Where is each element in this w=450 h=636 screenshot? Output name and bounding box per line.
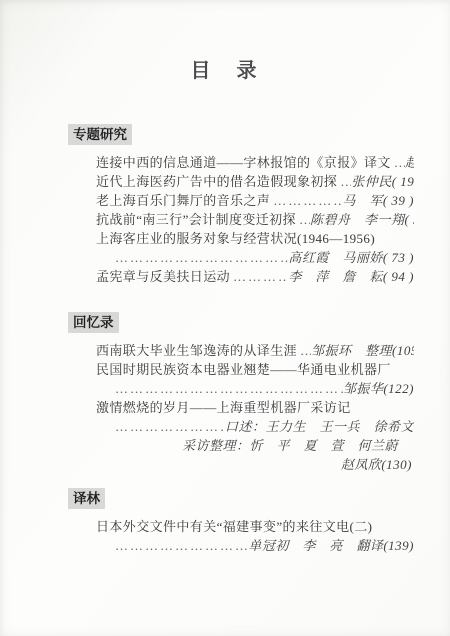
page-title: 目 录 [0,0,450,84]
entry-authors-page: 邹振环 整理(105) [311,341,414,360]
entry-authors-page: 张仲民( 19 ) [351,172,414,191]
dot-leader: …………………………………………………………………………………………………………… [230,267,288,286]
toc-entry-line: 老上海百乐门舞厅的音乐之声 ……………………………………………………………………… [96,191,414,210]
toc-entry-line: 西南联大毕业生邹逸涛的从译生涯 ………………………………………………………………… [96,341,414,360]
entry-authors-page: 马 军( 39 ) [342,191,414,210]
scanned-toc-page: 目 录 专题研究 连接中西的信息通道——字林报馆的《京报》译文 ……………………… [0,0,450,636]
entry-authors-page: 高红霞 马丽娇( 73 ) [288,248,414,267]
toc-entry-continuation: 采访整理：忻 平 夏 萱 何兰蔚 [96,436,414,455]
toc-entry-line: 连接中西的信息通道——字林报馆的《京报》译文 ……………………………………………… [96,153,414,172]
dot-leader: …………………………………………………………………………………………………………… [297,341,311,360]
entry-authors-page: 邹振华(122) [343,379,414,398]
toc-entries: 日本外交文件中有关“福建事变”的来往文电(二) …………………………………………… [96,517,414,555]
entry-authors-page: 赵 莹( 3 ) [405,153,414,172]
dot-leader: …………………………………………………………………………………………………………… [337,172,351,191]
entry-title: 西南联大毕业生邹逸涛的从译生涯 [96,341,297,360]
dot-leader: …………………………………………………………………………………………………………… [112,248,288,267]
toc-entry-continuation: …………………………………………………………………………………………………………… [96,536,414,555]
entry-title: 近代上海医药广告中的借名造假现象初探 [96,172,337,191]
entry-authors-page: 李 萍 詹 耘( 94 ) [288,267,414,286]
section-label: 回忆录 [68,312,119,333]
entry-title: 日本外交文件中有关“福建事变”的来往文电(二) [96,517,372,536]
entry-title: 老上海百乐门舞厅的音乐之声 [96,191,270,210]
entry-authors-page: 单冠初 李 亮 翻译(139) [248,536,414,555]
dot-leader: …………………………………………………………………………………………………………… [296,210,310,229]
dot-leader: …………………………………………………………………………………………………………… [112,379,343,398]
entry-title: 民国时期民族资本电器业翘楚——华通电业机器厂 [96,360,391,379]
dot-leader: …………………………………………………………………………………………………………… [270,191,342,210]
section-memoirs: 回忆录 西南联大毕业生邹逸涛的从译生涯 ……………………………………………………… [0,312,450,474]
toc-entries: 西南联大毕业生邹逸涛的从译生涯 ………………………………………………………………… [96,341,414,474]
toc-entry-line: 孟宪章与反美扶日运动 ……………………………………………………………………………… [96,267,414,286]
entry-authors-page: 陈碧舟 李一翔( 52 ) [310,210,414,229]
section-special-research: 专题研究 连接中西的信息通道——字林报馆的《京报》译文 ………………………………… [0,124,450,286]
toc-entry-continuation: …………………………………………………………………………………………………………… [96,248,414,267]
entry-title: 连接中西的信息通道——字林报馆的《京报》译文 [96,153,391,172]
section-label: 译林 [68,488,105,509]
entry-authors-page: 口述：王力生 王一兵 徐希文 [225,417,414,436]
entry-title: 抗战前“南三行”会计制度变迁初探 [96,210,296,229]
entry-title: 孟宪章与反美扶日运动 [96,267,230,286]
toc-entry-continuation: 赵凤欣(130) [96,455,414,474]
entry-authors-page: 赵凤欣(130) [341,457,412,472]
toc-entry-line: 激情燃烧的岁月——上海重型机器厂采访记 [96,398,414,417]
toc-entry-line: 近代上海医药广告中的借名造假现象初探 ………………………………………………………… [96,172,414,191]
dot-leader: …………………………………………………………………………………………………………… [391,153,405,172]
entry-authors-page: 采访整理：忻 平 夏 萱 何兰蔚 [182,438,398,453]
toc-entry-line: 抗战前“南三行”会计制度变迁初探 ……………………………………………………………… [96,210,414,229]
section-label: 专题研究 [68,124,132,145]
dot-leader: …………………………………………………………………………………………………………… [112,536,248,555]
entry-title: 上海客庄业的服务对象与经营状况(1946—1956) [96,229,375,248]
toc-entry-line: 上海客庄业的服务对象与经营状况(1946—1956) [96,229,414,248]
toc-entry-continuation: …………………………………………………………………………………………………………… [96,417,414,436]
toc-entry-line: 民国时期民族资本电器业翘楚——华通电业机器厂 [96,360,414,379]
dot-leader: …………………………………………………………………………………………………………… [112,417,225,436]
entry-title: 激情燃烧的岁月——上海重型机器厂采访记 [96,398,351,417]
toc-entries: 连接中西的信息通道——字林报馆的《京报》译文 ……………………………………………… [96,153,414,286]
section-translations: 译林 日本外交文件中有关“福建事变”的来往文电(二) …………………………………… [0,488,450,555]
toc-entry-line: 日本外交文件中有关“福建事变”的来往文电(二) [96,517,414,536]
toc-entry-continuation: …………………………………………………………………………………………………………… [96,379,414,398]
